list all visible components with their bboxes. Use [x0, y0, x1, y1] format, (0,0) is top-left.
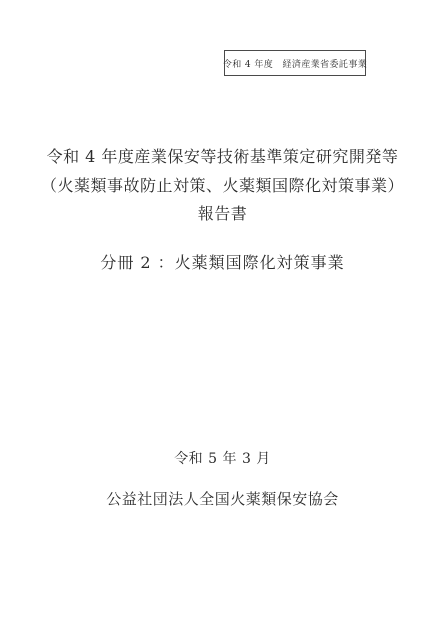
report-subtitle: 分冊 2 ：火薬類国際化対策事業 — [0, 249, 445, 277]
report-title-line-3: 報告書 — [0, 200, 445, 229]
report-title-block: 令和 4 年度産業保安等技術基準策定研究開発等 （火薬類事故防止対策、火薬類国際… — [0, 143, 445, 229]
publisher-organization: 公益社団法人全国火薬類保安協会 — [0, 485, 445, 513]
commission-label-box: 令和 4 年度 経済産業省委託事業 — [224, 50, 366, 76]
report-cover-page: 令和 4 年度 経済産業省委託事業 令和 4 年度産業保安等技術基準策定研究開発… — [0, 0, 445, 630]
report-title-line-2: （火薬類事故防止対策、火薬類国際化対策事業） — [0, 172, 445, 201]
report-title-line-1: 令和 4 年度産業保安等技術基準策定研究開発等 — [0, 143, 445, 172]
commission-label: 令和 4 年度 経済産業省委託事業 — [223, 57, 367, 70]
publication-date: 令和 5 年 3 月 — [0, 445, 445, 473]
